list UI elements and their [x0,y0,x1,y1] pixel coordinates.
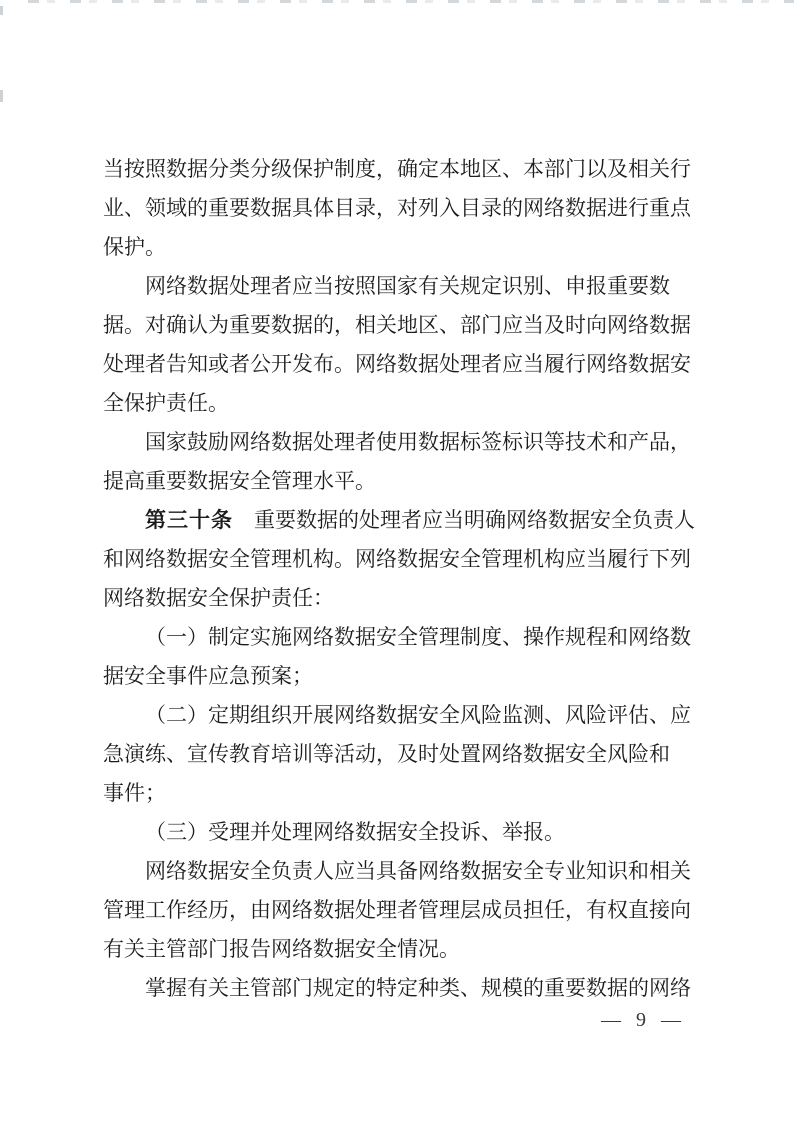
scan-artifact-top-edge [28,0,794,3]
document-page: 当按照数据分类分级保护制度，确定本地区、本部门以及相关行 业、领域的重要数据具体… [0,0,794,1122]
paragraph-article-30: 第三十条 重要数据的处理者应当明确网络数据安全负责人 和网络数据安全管理机构。网… [103,501,743,618]
document-body: 当按照数据分类分级保护制度，确定本地区、本部门以及相关行 业、领域的重要数据具体… [103,150,743,1008]
paragraph-final-partial: 掌握有关主管部门规定的特定种类、规模的重要数据的网络 [103,969,743,1008]
list-item-3: （三）受理并处理网络数据安全投诉、举报。 [103,813,743,852]
page-number: — 9 — [601,1007,682,1033]
paragraph-continuation: 当按照数据分类分级保护制度，确定本地区、本部门以及相关行 业、领域的重要数据具体… [103,150,743,267]
scan-artifact-left-mark-2 [0,90,3,102]
paragraph-state-encourages: 国家鼓励网络数据处理者使用数据标签标识等技术和产品， 提高重要数据安全管理水平。 [103,423,743,501]
article-30-number: 第三十条 [145,508,233,532]
list-item-2: （二）定期组织开展网络数据安全风险监测、风险评估、应 急演练、宣传教育培训等活动… [103,696,743,813]
scan-artifact-left-mark-1 [0,6,3,15]
list-item-1: （一）制定实施网络数据安全管理制度、操作规程和网络数 据安全事件应急预案； [103,618,743,696]
paragraph-security-officer: 网络数据安全负责人应当具备网络数据安全专业知识和相关 管理工作经历，由网络数据处… [103,852,743,969]
paragraph-report-important-data: 网络数据处理者应当按照国家有关规定识别、申报重要数 据。对确认为重要数据的，相关… [103,267,743,423]
